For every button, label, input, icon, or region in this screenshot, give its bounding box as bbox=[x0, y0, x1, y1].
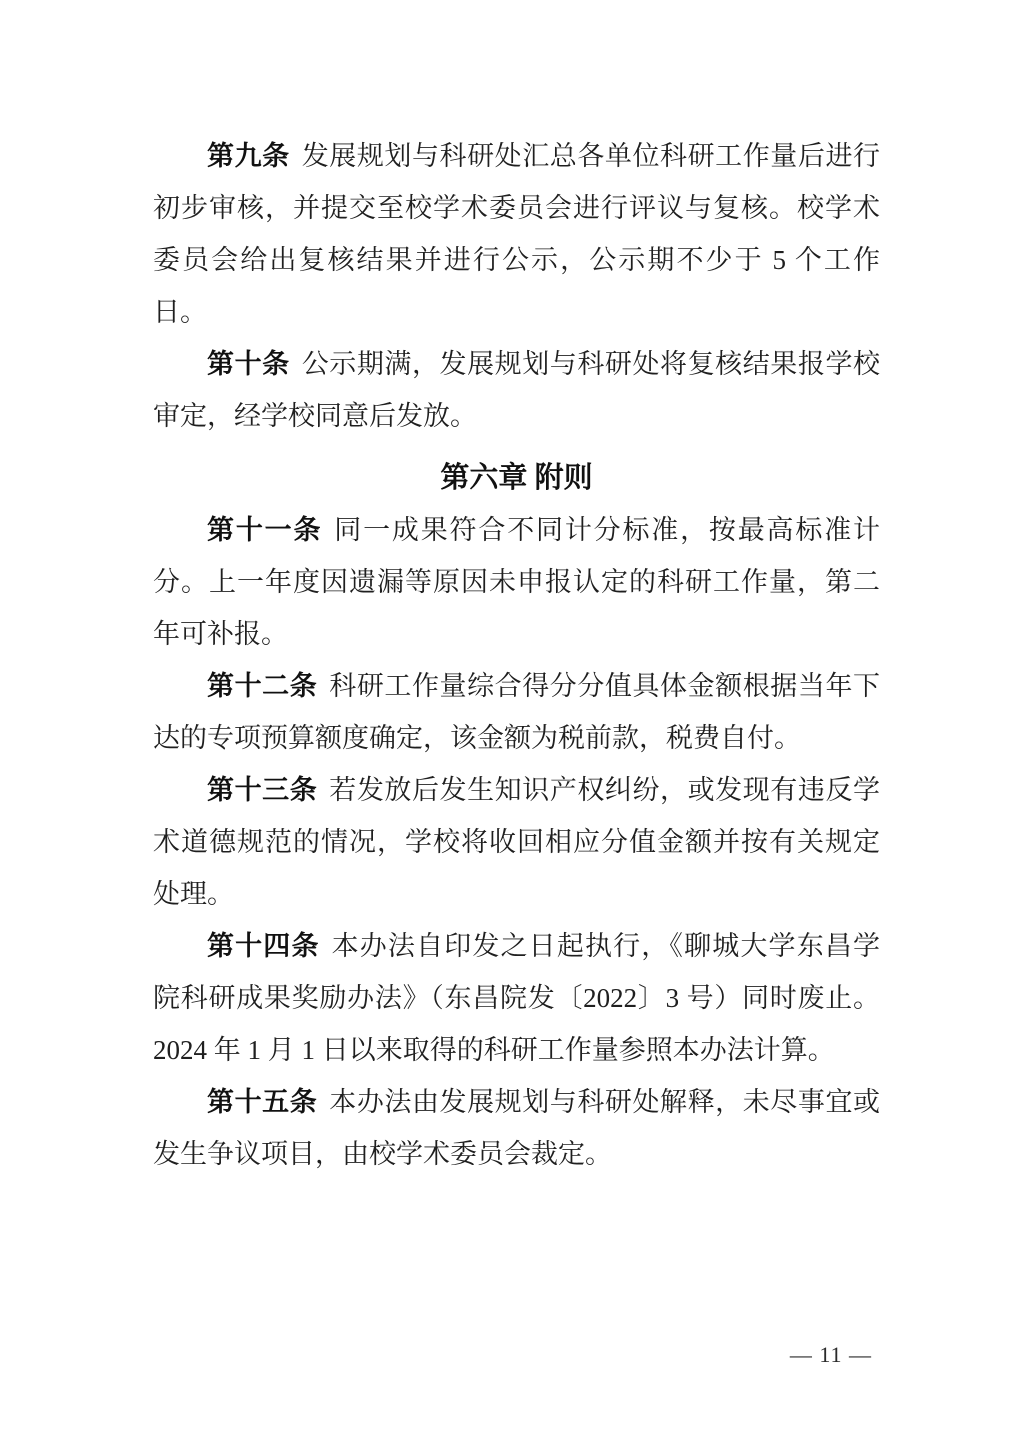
article-12-label: 第十二条 bbox=[207, 671, 317, 701]
paragraph-article-11: 第十一条同一成果符合不同计分标准，按最高标准计分。上一年度因遗漏等原因未申报认定… bbox=[153, 504, 880, 660]
article-14-label: 第十四条 bbox=[207, 931, 320, 961]
article-9-label: 第九条 bbox=[207, 141, 290, 171]
document-body: 第九条发展规划与科研处汇总各单位科研工作量后进行初步审核，并提交至校学术委员会进… bbox=[153, 130, 880, 1180]
paragraph-article-13: 第十三条若发放后发生知识产权纠纷，或发现有违反学术道德规范的情况，学校将收回相应… bbox=[153, 764, 880, 920]
paragraph-article-9: 第九条发展规划与科研处汇总各单位科研工作量后进行初步审核，并提交至校学术委员会进… bbox=[153, 130, 880, 338]
page-number: — 11 — bbox=[790, 1342, 872, 1368]
document-page: 第九条发展规划与科研处汇总各单位科研工作量后进行初步审核，并提交至校学术委员会进… bbox=[0, 0, 1024, 1448]
article-10-label: 第十条 bbox=[207, 349, 290, 379]
paragraph-article-15: 第十五条本办法由发展规划与科研处解释，未尽事宜或发生争议项目，由校学术委员会裁定… bbox=[153, 1076, 880, 1180]
paragraph-article-12: 第十二条科研工作量综合得分分值具体金额根据当年下达的专项预算额度确定，该金额为税… bbox=[153, 660, 880, 764]
paragraph-article-14: 第十四条本办法自印发之日起执行，《聊城大学东昌学院科研成果奖励办法》（东昌院发〔… bbox=[153, 920, 880, 1076]
chapter-6-heading: 第六章 附则 bbox=[153, 452, 880, 504]
article-11-label: 第十一条 bbox=[207, 515, 322, 545]
article-15-label: 第十五条 bbox=[207, 1087, 317, 1117]
article-13-label: 第十三条 bbox=[207, 775, 317, 805]
paragraph-article-10: 第十条公示期满，发展规划与科研处将复核结果报学校审定，经学校同意后发放。 bbox=[153, 338, 880, 442]
